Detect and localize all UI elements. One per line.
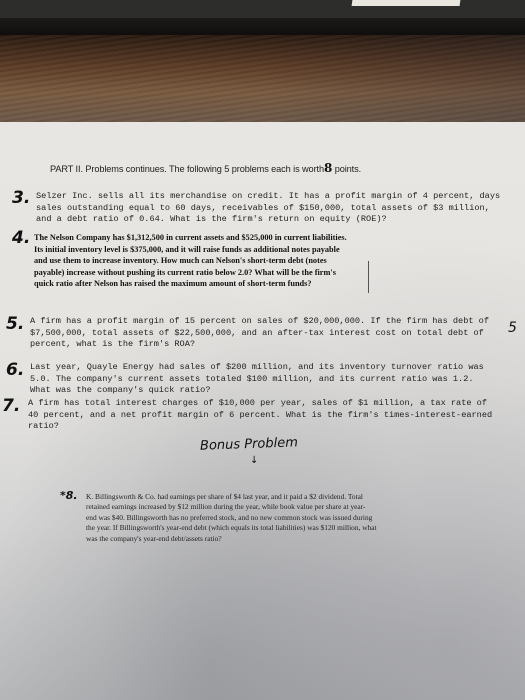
problem-line: What was the company's quick ratio?	[30, 385, 484, 397]
problem-line: and use them to increase inventory. How …	[34, 255, 347, 267]
points-value: 8	[324, 161, 332, 175]
problem-line: quick ratio after Nelson has raised the …	[34, 278, 347, 290]
exam-sheet: PART II. Problems continues. The followi…	[0, 122, 525, 700]
problem-number: 4.	[12, 228, 30, 248]
wood-surface	[0, 35, 525, 123]
bonus-problem-label: Bonus Problem	[200, 435, 298, 453]
problem-line: $7,500,000, total assets of $22,500,000,…	[30, 328, 489, 340]
problem-line: percent, what is the firm's ROA?	[30, 339, 489, 351]
problem-number: 6.	[6, 360, 24, 380]
problem-line: Its initial inventory level is $375,000,…	[34, 244, 347, 256]
header-suffix: points.	[332, 164, 361, 174]
problem-line: sales outstanding equal to 60 days, rece…	[36, 203, 500, 215]
problem-line: 40 percent, and a net profit margin of 6…	[28, 410, 492, 422]
handwritten-percent-value: 5	[508, 320, 517, 336]
problem-line: 5.0. The company's current assets totale…	[30, 374, 484, 386]
problem-line: A firm has a profit margin of 15 percent…	[30, 316, 489, 328]
arrow-down-icon: ↓	[250, 455, 258, 466]
problem-line: The Nelson Company has $1,312,500 in cur…	[34, 232, 347, 244]
paper-scrap	[352, 0, 461, 6]
margin-mark	[368, 261, 369, 293]
problem-line: the year. If Billingsworth's year-end de…	[86, 523, 377, 533]
problem-number: 5.	[6, 314, 24, 334]
problem-number: 7.	[2, 396, 20, 416]
part-header: PART II. Problems continues. The followi…	[50, 161, 361, 175]
problem-line: A firm has total interest charges of $10…	[28, 398, 492, 410]
problem-line: K. Billingsworth & Co. had earnings per …	[86, 492, 377, 502]
header-prefix: PART II. Problems continues. The followi…	[50, 164, 324, 174]
problem-number: *8.	[60, 489, 78, 502]
problem-line: retained earnings increased by $12 milli…	[86, 502, 377, 512]
problem-line: payable) increase without pushing its cu…	[34, 267, 347, 279]
problem-number: 3.	[12, 188, 30, 208]
problem-line: ratio?	[28, 421, 492, 433]
problem-line: Selzer Inc. sells all its merchandise on…	[36, 191, 500, 203]
problem-line: Last year, Quayle Energy had sales of $2…	[30, 362, 484, 374]
problem-line: was the company's year-end debt/assets r…	[86, 534, 377, 544]
problem-line: and a debt ratio of 0.64. What is the fi…	[36, 214, 500, 226]
problem-line: end was $40. Billingsworth has no prefer…	[86, 513, 377, 523]
